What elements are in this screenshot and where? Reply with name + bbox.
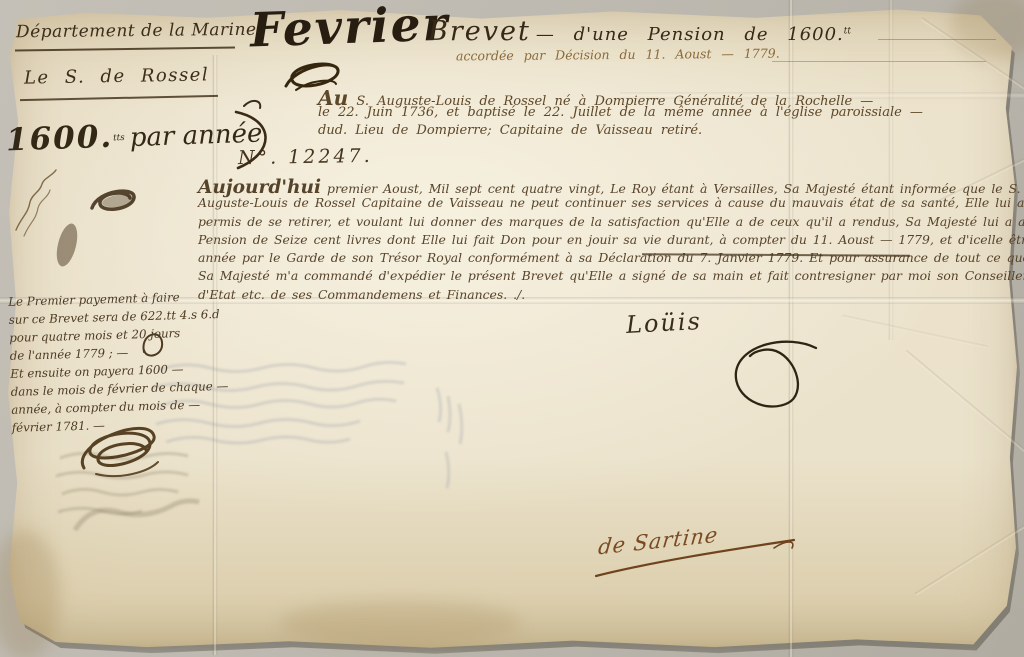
document-scan: Département de la Marine Fevrier Brevet … bbox=[0, 0, 1024, 657]
payment-note-flourish bbox=[143, 334, 162, 355]
signature-loop-flourish bbox=[736, 342, 816, 407]
ink-blot-vertical bbox=[53, 221, 81, 268]
amount-swash-flourish bbox=[236, 112, 266, 168]
margin-annotation-squiggle bbox=[24, 190, 50, 236]
countersignature-flourish bbox=[596, 540, 794, 576]
ink-paraph-large bbox=[82, 428, 154, 468]
amount-swash-curl bbox=[244, 101, 260, 108]
ink-flourish-layer bbox=[0, 0, 1024, 657]
margin-annotation-squiggle bbox=[16, 170, 56, 230]
